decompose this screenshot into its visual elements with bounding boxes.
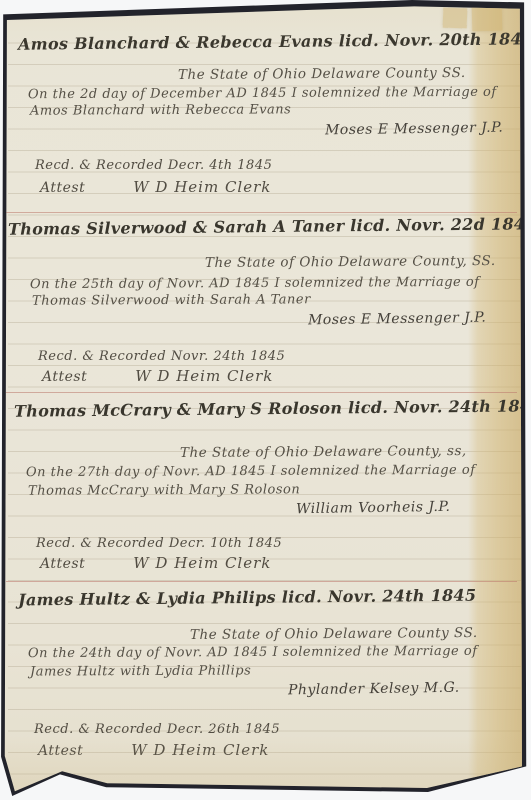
entry-4-attest-label: Attest <box>38 743 83 759</box>
entry-3-attest-line: AttestW D Heim Clerk <box>40 554 271 572</box>
entry-3-solemnized-line: On the 27th day of Novr. AD 1845 I solem… <box>26 463 476 480</box>
entry-3-couple-line: Thomas McCrary with Mary S Roloson <box>28 482 300 498</box>
entry-2-recorded-line: Recd. & Recorded Novr. 24th 1845 <box>38 349 285 364</box>
entry-1-clerk-signature: W D Heim Clerk <box>133 178 271 196</box>
entry-2-state-line: The State of Ohio Delaware County, SS. <box>205 253 496 271</box>
entry-4-solemnized-line: On the 24th day of Novr. AD 1845 I solem… <box>28 644 478 661</box>
entry-2-couple-line: Thomas Silverwood with Sarah A Taner <box>32 292 311 308</box>
ledger-page: 516 Amos Blanchard & Rebecca Evans licd.… <box>0 0 531 800</box>
entry-2-solemnized-line: On the 25th day of Novr. AD 1845 I solem… <box>30 275 480 292</box>
entry-3-recorded-line: Recd. & Recorded Decr. 10th 1845 <box>36 536 282 551</box>
entry-1-state-line: The State of Ohio Delaware County SS. <box>178 65 466 83</box>
entry-1-attest-line: AttestW D Heim Clerk <box>40 178 271 196</box>
entry-1-attest-label: Attest <box>40 180 85 196</box>
entry-1-recorded-line: Recd. & Recorded Decr. 4th 1845 <box>35 158 272 173</box>
entry-4-attest-line: AttestW D Heim Clerk <box>38 741 269 759</box>
entry-4-clerk-signature: W D Heim Clerk <box>131 741 269 759</box>
entry-4-couple-line: James Hultz with Lydia Phillips <box>30 663 251 679</box>
tape-patch <box>472 5 502 32</box>
entry-3-clerk-signature: W D Heim Clerk <box>133 554 271 572</box>
entry-4-officiant-signature: Phylander Kelsey M.G. <box>288 680 460 699</box>
entry-3-attest-label: Attest <box>40 556 85 572</box>
entry-separator-line <box>6 581 517 582</box>
entry-2-attest-line: AttestW D Heim Clerk <box>42 367 273 385</box>
entry-3-officiant-signature: William Voorheis J.P. <box>296 499 451 517</box>
entry-1-officiant-signature: Moses E Messenger J.P. <box>325 120 503 139</box>
entry-separator-line <box>6 212 517 213</box>
entry-2-clerk-signature: W D Heim Clerk <box>135 367 273 385</box>
entry-2-officiant-signature: Moses E Messenger J.P. <box>308 310 486 329</box>
entry-1-solemnized-line: On the 2d day of December AD 1845 I sole… <box>28 85 497 102</box>
scanned-ledger-photo: 516 Amos Blanchard & Rebecca Evans licd.… <box>0 0 531 800</box>
tape-patch <box>443 8 468 29</box>
entry-1-couple-line: Amos Blanchard with Rebecca Evans <box>30 102 291 118</box>
entry-3-state-line: The State of Ohio Delaware County, ss, <box>180 443 467 461</box>
entry-2-attest-label: Attest <box>42 369 87 385</box>
entry-4-recorded-line: Recd. & Recorded Decr. 26th 1845 <box>34 722 280 737</box>
entry-separator-line <box>6 392 517 393</box>
entry-4-state-line: The State of Ohio Delaware County SS. <box>190 625 478 643</box>
